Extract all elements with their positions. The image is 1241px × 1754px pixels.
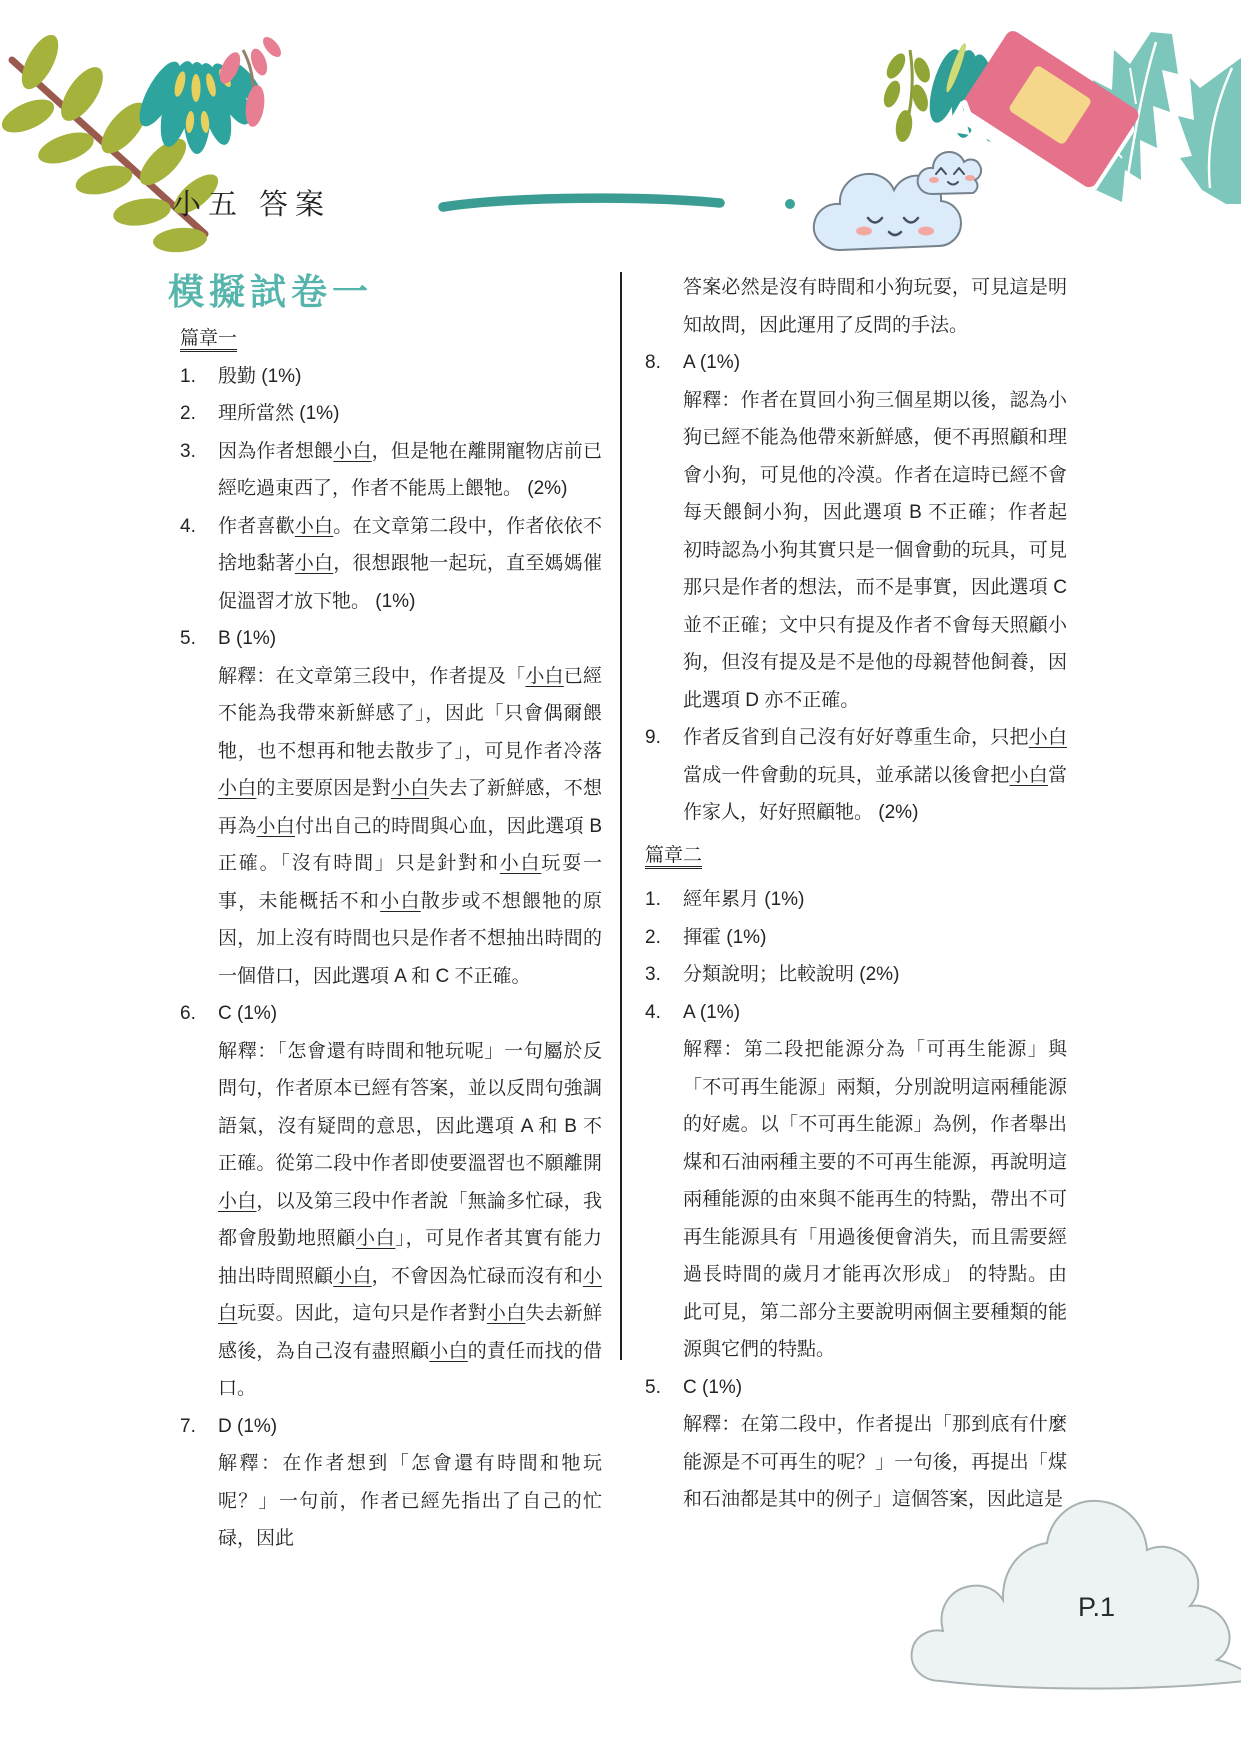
underlined-term: 小白 — [391, 778, 429, 799]
answer-text: 理所當然 (1%) — [218, 403, 339, 424]
underlined-term: 小白 — [218, 1191, 256, 1212]
answer-text: D (1%) — [218, 1416, 277, 1437]
answer-text: A (1%) — [683, 1002, 740, 1023]
underlined-term: 小白 — [525, 666, 563, 687]
answer-item: 3.因為作者想餵小白，但是牠在離開寵物店前已經吃過東西了，作者不能馬上餵牠。 (… — [180, 433, 602, 508]
left-column: 篇章一1.殷勤 (1%)2.理所當然 (1%)3.因為作者想餵小白，但是牠在離開… — [180, 320, 602, 1558]
underlined-term: 小白 — [257, 816, 296, 837]
answer-item: 6.C (1%) — [180, 995, 602, 1033]
answer-text: A (1%) — [683, 352, 740, 373]
leaves-book-clouds-decoration-icon — [770, 28, 1241, 268]
underlined-term: 小白 — [500, 853, 542, 874]
answer-number: 2. — [180, 395, 196, 433]
right-column: 答案必然是沒有時間和小狗玩耍，可見這是明知故問，因此運用了反問的手法。8.A (… — [645, 269, 1067, 1519]
passage-heading-text: 篇章二 — [645, 845, 702, 866]
answer-number: 5. — [645, 1369, 661, 1407]
answer-number: 4. — [180, 508, 196, 546]
explanation-paragraph: 解釋：在作者想到「怎會還有時間和牠玩呢？」一句前，作者已經先指出了自己的忙碌，因… — [180, 1445, 602, 1558]
answer-item: 5.B (1%) — [180, 620, 602, 658]
explanation-continued: 答案必然是沒有時間和小狗玩耍，可見這是明知故問，因此運用了反問的手法。 — [645, 269, 1067, 344]
underlined-term: 小白 — [487, 1303, 525, 1324]
column-divider — [620, 272, 622, 1360]
answer-item: 3.分類說明；比較說明 (2%) — [645, 956, 1067, 994]
underlined-term: 小白 — [380, 891, 421, 912]
passage-heading: 篇章一 — [180, 320, 602, 358]
passage-heading-text: 篇章一 — [180, 328, 237, 349]
teal-fern-icon — [132, 56, 269, 154]
underlined-term: 小白 — [1010, 765, 1048, 786]
underlined-term: 小白 — [429, 1341, 467, 1362]
explanation-paragraph: 解釋：作者在買回小狗三個星期以後，認為小狗已經不能為他帶來新鮮感，便不再照顧和理… — [645, 382, 1067, 720]
answer-item: 1.經年累月 (1%) — [645, 881, 1067, 919]
underlined-term: 小白 — [333, 441, 371, 462]
answer-text: 分類說明；比較說明 (2%) — [683, 964, 899, 985]
answer-text: 作者喜歡小白。在文章第二段中，作者依依不捨地黏著小白，很想跟牠一起玩，直至媽媽催… — [218, 516, 602, 612]
answer-number: 9. — [645, 719, 661, 757]
answer-number: 5. — [180, 620, 196, 658]
smile-icon — [948, 182, 958, 185]
teal-brush-stroke-icon — [425, 185, 735, 221]
palm-leaves-icon — [1078, 32, 1241, 204]
answer-sheet-page: 小五 答案 模擬試卷一 篇章一1.殷勤 (1%)2.理所當然 (1%)3.因為作… — [0, 0, 1241, 1754]
explanation-paragraph: 解釋：「怎會還有時間和牠玩呢」一句屬於反問句，作者原本已經有答案，並以反問句強調… — [180, 1033, 602, 1408]
olive-leaf-sprig-icon — [881, 50, 933, 143]
answer-item: 5.C (1%) — [645, 1369, 1067, 1407]
underlined-term: 小白 — [218, 778, 256, 799]
explanation-paragraph: 解釋：在第二段中，作者提出「那到底有什麼能源是不可再生的呢？」一句後，再提出「煤… — [645, 1406, 1067, 1519]
answer-item: 7.D (1%) — [180, 1408, 602, 1446]
answer-item: 8.A (1%) — [645, 344, 1067, 382]
answer-item: 2.揮霍 (1%) — [645, 919, 1067, 957]
underlined-term: 小白 — [356, 1228, 395, 1249]
page-title: 小五 答案 — [172, 182, 331, 223]
smiling-cloud-large-icon — [814, 174, 961, 250]
underlined-term: 小白 — [295, 516, 333, 537]
pink-leaf-sprig-icon — [216, 34, 285, 128]
answer-number: 7. — [180, 1408, 196, 1446]
answer-text: 殷勤 (1%) — [218, 366, 301, 387]
underlined-term: 小白 — [1029, 727, 1067, 748]
underlined-term: 小白 — [333, 1266, 371, 1287]
answer-text: C (1%) — [683, 1377, 742, 1398]
answer-item: 2.理所當然 (1%) — [180, 395, 602, 433]
answer-item: 9.作者反省到自己沒有好好尊重生命，只把小白當成一件會動的玩具，並承諾以後會把小… — [645, 719, 1067, 832]
answer-text: B (1%) — [218, 628, 276, 649]
answer-number: 3. — [645, 956, 661, 994]
smile-icon — [889, 232, 901, 235]
explanation-paragraph: 解釋：在文章第三段中，作者提及「小白已經不能為我帶來新鮮感了」，因此「只會偶爾餵… — [180, 658, 602, 996]
answer-number: 8. — [645, 344, 661, 382]
answer-text: 作者反省到自己沒有好好尊重生命，只把小白當成一件會動的玩具，並承諾以後會把小白當… — [683, 727, 1067, 823]
answer-item: 4.作者喜歡小白。在文章第二段中，作者依依不捨地黏著小白，很想跟牠一起玩，直至媽… — [180, 508, 602, 621]
teal-leaves-icon — [923, 42, 1004, 143]
underlined-term: 小白 — [218, 1266, 602, 1325]
closed-eyes-icon — [868, 218, 918, 223]
answer-item: 4.A (1%) — [645, 994, 1067, 1032]
answer-number: 1. — [180, 358, 196, 396]
answer-text: 揮霍 (1%) — [683, 927, 766, 948]
answer-number: 1. — [645, 881, 661, 919]
happy-eyes-icon — [936, 168, 964, 174]
passage-heading: 篇章二 — [645, 837, 1067, 875]
underlined-term: 小白 — [295, 553, 333, 574]
answer-text: C (1%) — [218, 1003, 277, 1024]
teal-dot-icon — [785, 199, 795, 209]
answer-item: 1.殷勤 (1%) — [180, 358, 602, 396]
answer-number: 4. — [645, 994, 661, 1032]
page-number: P.1 — [1078, 1592, 1115, 1623]
explanation-paragraph: 解釋：第二段把能源分為「可再生能源」與「不可再生能源」兩類，分別說明這兩種能源的… — [645, 1031, 1067, 1369]
answer-text: 因為作者想餵小白，但是牠在離開寵物店前已經吃過東西了，作者不能馬上餵牠。 (2%… — [218, 441, 602, 500]
paper-title: 模擬試卷一 — [168, 264, 373, 315]
answer-number: 2. — [645, 919, 661, 957]
answer-number: 3. — [180, 433, 196, 471]
book-icon — [938, 28, 1145, 224]
answer-number: 6. — [180, 995, 196, 1033]
smiling-cloud-small-icon — [918, 152, 981, 194]
answer-text: 經年累月 (1%) — [683, 889, 804, 910]
